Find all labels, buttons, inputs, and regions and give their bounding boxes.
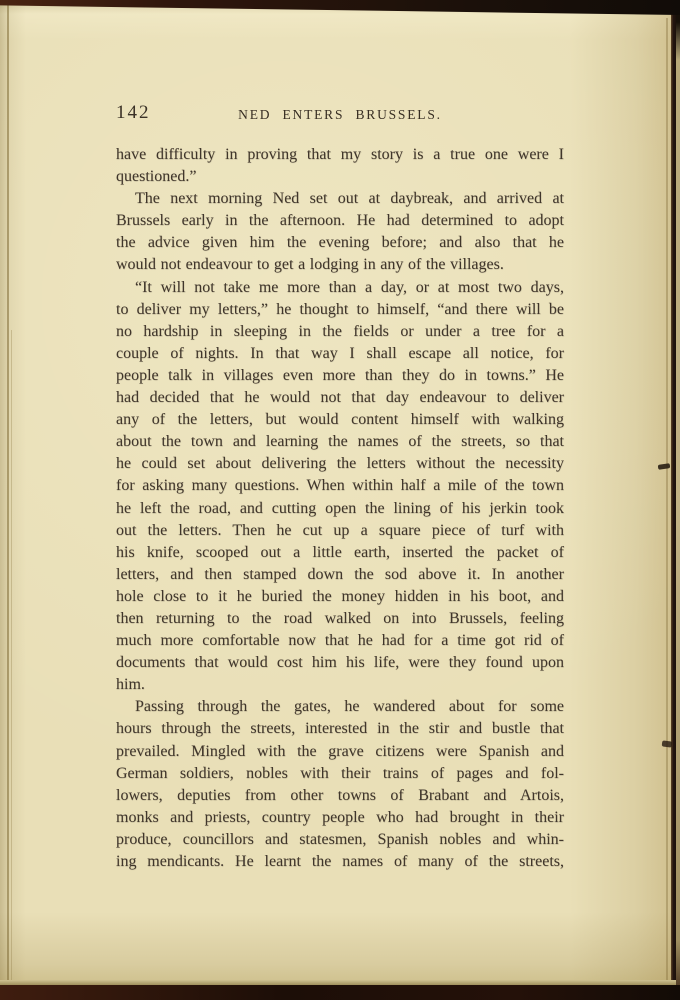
text-line: German soldiers, nobles with their train… <box>116 763 564 785</box>
text-line: questioned.” <box>116 166 564 188</box>
book-cover-top-edge <box>0 0 680 15</box>
book-cover-bottom-edge <box>0 985 680 1000</box>
text-line: his knife, scooped out a little earth, i… <box>116 542 564 564</box>
text-line: much more comfortable now that he had fo… <box>116 630 564 652</box>
page-text: have difficulty in proving that my story… <box>116 144 564 873</box>
text-line: had decided that he would not that day e… <box>116 387 564 409</box>
page-header: 142 NED ENTERS BRUSSELS. <box>116 102 564 130</box>
text-line: hole close to it he buried the money hid… <box>116 586 564 608</box>
text-line: hours through the streets, interested in… <box>116 718 564 740</box>
text-line: the advice given him the evening before;… <box>116 232 564 254</box>
text-line: out the letters. Then he cut up a square… <box>116 520 564 542</box>
text-line: to deliver my letters,” he thought to hi… <box>116 299 564 321</box>
book-right-outer-edge <box>676 0 680 1000</box>
text-line: ing mendicants. He learnt the names of m… <box>116 851 564 873</box>
text-line: prevailed. Mingled with the grave citize… <box>116 741 564 763</box>
text-line: documents that would cost him his life, … <box>116 652 564 674</box>
text-line: no hardship in sleeping in the fields or… <box>116 321 564 343</box>
text-line: for asking many questions. When within h… <box>116 475 564 497</box>
text-line: about the town and learning the names of… <box>116 431 564 453</box>
text-line: would not endeavour to get a lodging in … <box>116 254 564 276</box>
text-line: letters, and then stamped down the sod a… <box>116 564 564 586</box>
book-page-scan: 142 NED ENTERS BRUSSELS. have difficulty… <box>0 0 680 1000</box>
text-line: “It will not take me more than a day, or… <box>116 277 564 299</box>
text-line: then returning to the road walked on int… <box>116 608 564 630</box>
text-line: he could set about delivering the letter… <box>116 453 564 475</box>
text-line: monks and priests, country people who ha… <box>116 807 564 829</box>
text-line: he left the road, and cutting open the l… <box>116 498 564 520</box>
scan-speck <box>658 463 671 470</box>
text-line: him. <box>116 674 564 696</box>
text-line: Passing through the gates, he wandered a… <box>116 696 564 718</box>
text-line: lowers, deputies from other towns of Bra… <box>116 785 564 807</box>
running-header: NED ENTERS BRUSSELS. <box>116 107 564 123</box>
text-line: any of the letters, but would content hi… <box>116 409 564 431</box>
page-stack-edge-line <box>666 18 668 982</box>
text-line: couple of nights. In that way I shall es… <box>116 343 564 365</box>
text-line: The next morning Ned set out at daybreak… <box>116 188 564 210</box>
page-left-edge-line <box>7 2 9 983</box>
scan-speck <box>662 740 673 747</box>
text-line: people talk in villages even more than t… <box>116 365 564 387</box>
page-left-edge-line-2 <box>11 330 12 982</box>
text-line: produce, councillors and statesmen, Span… <box>116 829 564 851</box>
text-line: Brussels early in the afternoon. He had … <box>116 210 564 232</box>
text-line: have difficulty in proving that my story… <box>116 144 564 166</box>
